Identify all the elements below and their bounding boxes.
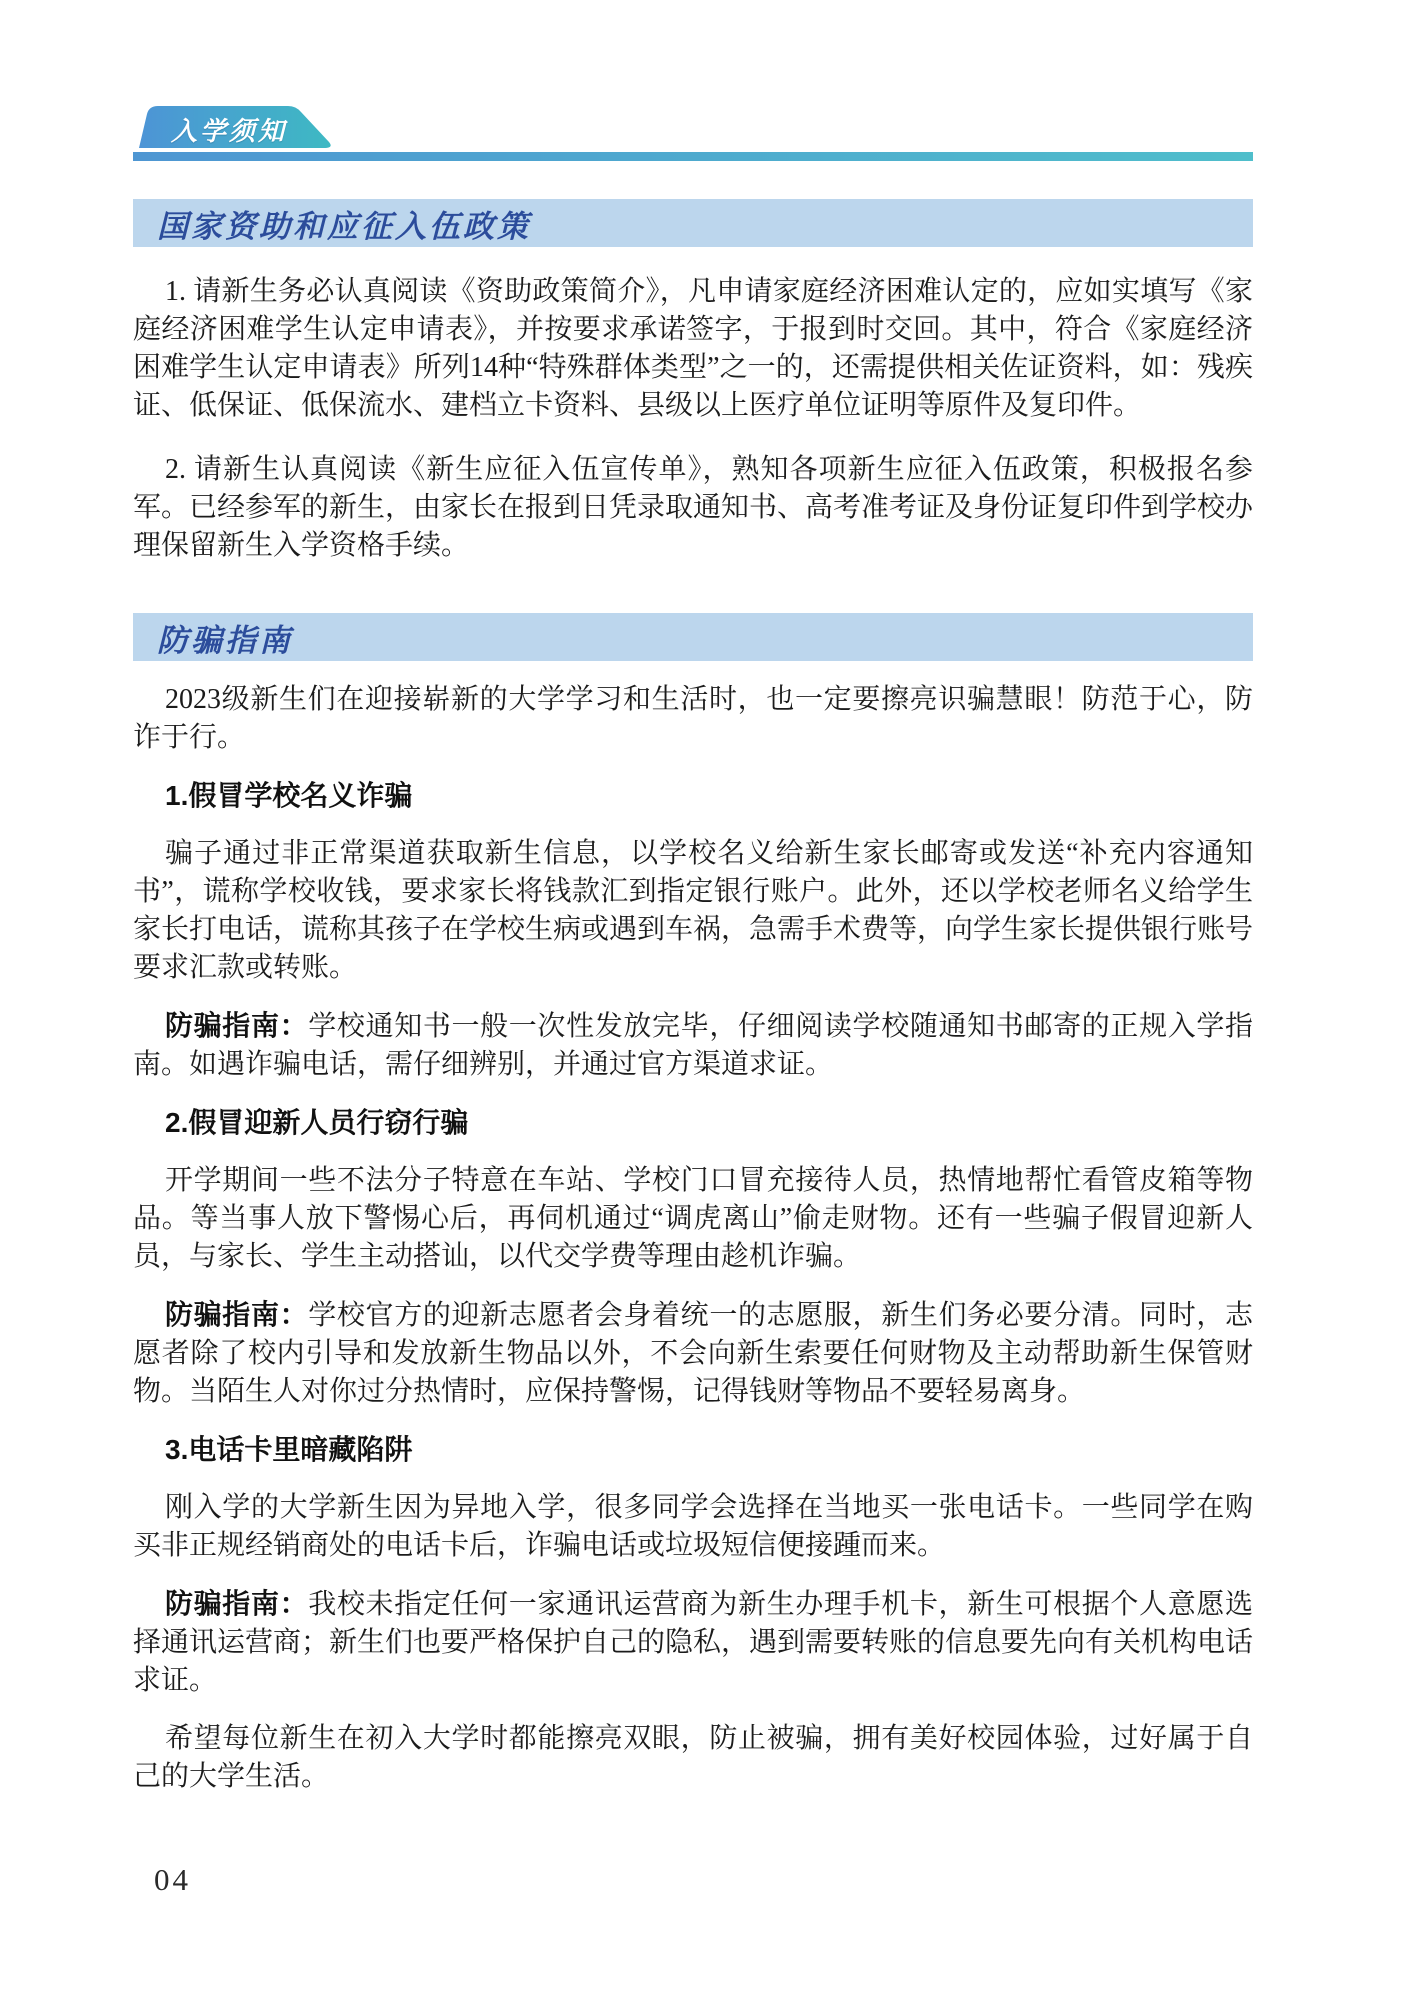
section-anti-fraud-guide: 防骗指南 2023级新生们在迎接崭新的大学学习和生活时，也一定要擦亮识骗慧眼！防… <box>133 613 1253 1796</box>
paragraph: 骗子通过非正常渠道获取新生信息，以学校名义给新生家长邮寄或发送“补充内容通知书”… <box>133 835 1253 987</box>
section-title-banner: 防骗指南 <box>133 613 1253 661</box>
section-funding-policy: 国家资助和应征入伍政策 1. 请新生务必认真阅读《资助政策简介》，凡申请家庭经济… <box>133 199 1253 565</box>
header-rule-bar <box>133 152 1253 161</box>
lead-label: 防骗指南： <box>165 1010 308 1041</box>
header-tab-label: 入学须知 <box>171 111 287 148</box>
header-tab: 入学须知 <box>133 106 339 148</box>
paragraph: 刚入学的大学新生因为异地入学，很多同学会选择在当地买一张电话卡。一些同学在购买非… <box>133 1489 1253 1565</box>
closing-paragraph: 希望每位新生在初入大学时都能擦亮双眼，防止被骗，拥有美好校园体验，过好属于自己的… <box>133 1720 1253 1796</box>
sub-heading-phone-card-trap: 3.电话卡里暗藏陷阱 <box>133 1431 1253 1469</box>
lead-paragraph: 防骗指南：我校未指定任何一家通讯运营商为新生办理手机卡，新生可根据个人意愿选择通… <box>133 1585 1253 1700</box>
paragraph: 开学期间一些不法分子特意在车站、学校门口冒充接待人员，热情地帮忙看管皮箱等物品。… <box>133 1162 1253 1276</box>
page-number: 04 <box>154 1862 191 1898</box>
sub-heading-fake-school-scam: 1.假冒学校名义诈骗 <box>133 777 1253 815</box>
lead-label: 防骗指南： <box>165 1588 308 1619</box>
section-title: 防骗指南 <box>157 615 293 660</box>
lead-paragraph: 防骗指南：学校官方的迎新志愿者会身着统一的志愿服，新生们务必要分清。同时，志愿者… <box>133 1296 1253 1411</box>
paragraph: 2. 请新生认真阅读《新生应征入伍宣传单》，熟知各项新生应征入伍政策，积极报名参… <box>133 451 1253 565</box>
paragraph: 2023级新生们在迎接崭新的大学学习和生活时，也一定要擦亮识骗慧眼！防范于心，防… <box>133 681 1253 757</box>
lead-paragraph: 防骗指南：学校通知书一般一次性发放完毕，仔细阅读学校随通知书邮寄的正规入学指南。… <box>133 1007 1253 1084</box>
lead-label: 防骗指南： <box>165 1299 308 1330</box>
sub-heading-fake-greeter-scam: 2.假冒迎新人员行窃行骗 <box>133 1104 1253 1142</box>
paragraph: 1. 请新生务必认真阅读《资助政策简介》，凡申请家庭经济困难认定的，应如实填写《… <box>133 273 1253 425</box>
content-column: 入学须知 国家资助和应征入伍政策 1. 请新生务必认真阅读《资助政策简介》，凡申… <box>133 0 1253 1796</box>
section-title-banner: 国家资助和应征入伍政策 <box>133 199 1253 247</box>
document-page: 入学须知 国家资助和应征入伍政策 1. 请新生务必认真阅读《资助政策简介》，凡申… <box>0 0 1409 2016</box>
section-title: 国家资助和应征入伍政策 <box>157 201 531 246</box>
